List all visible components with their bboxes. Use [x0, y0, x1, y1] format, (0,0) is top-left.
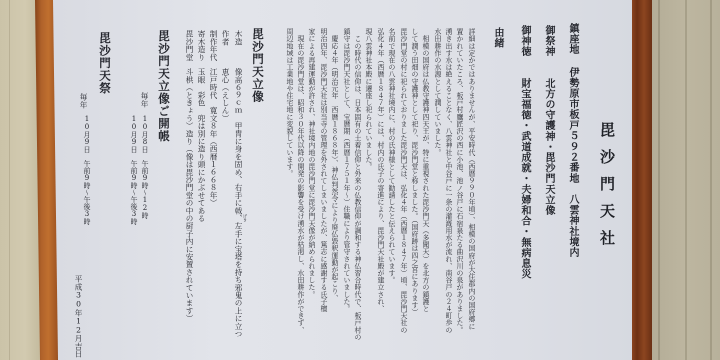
statue-row-value: 江戸時代 寛文８年（西暦１６６８年） [209, 68, 218, 207]
statue-row-value: 像高６９ｃｍ 甲冑に身を固め、右手に戟、左手に宝塔を持ち邪鬼の上に立つ [234, 68, 243, 338]
statue-row-label: 毘沙門堂 [185, 30, 194, 61]
history-line: 家による再建運動が許され、神社境内地の毘沙門堂に毘沙門天像が納められました。 [306, 28, 315, 298]
statue-row-label: 作者 [221, 30, 230, 45]
statue-row-value: 恵心（えしん） [221, 68, 230, 122]
kaicho-every-year: 毎年 [140, 92, 149, 107]
wall-right [652, 0, 720, 360]
history-line: 現在の毘沙門堂は、昭和３０年代以降の開発の影響を受け湧水が枯渇し、水田耕作ができ… [295, 28, 304, 333]
statue-row-label: 木造 [234, 30, 243, 45]
history-line: 湧き出す水は絶えることなく、八雲神社と中谷戸に一条の灌漑用水が流れ、南谷戸の２４… [443, 28, 452, 333]
history-line: この時代の信仰は、日本固有の土着信仰と外来の仏教信仰が調和する神仏習合時代で、板… [352, 28, 361, 340]
info-value-location: 伊勢原市板戸５９２番地 八雲神社境内 [566, 67, 578, 258]
festival-date: 10月9日 午前9時～午後3時 [82, 115, 91, 225]
statue-heading: 毘沙門天立像 [251, 28, 265, 103]
history-line: 名前で現在の八雲神社境内に、村の氏神様として勧請したと伝えられています。 [386, 28, 395, 284]
statue-row-label: 寄木造り [197, 30, 206, 61]
info-value-virtue: 財宝福徳・武道成就・夫婦和合・無病息災 [518, 78, 530, 279]
info-label-virtue: 御神徳 [518, 25, 530, 57]
history-line: 水田耕作の水源として潤していました。 [432, 28, 441, 156]
history-line: 鎮守は毘沙門天社として、宝暦期（西暦１７５１年～）住職により管守されていました。 [341, 28, 350, 312]
history-line: 弘化４年（西暦１８４７年）には、村内の氏子の寄進により、毘沙門天社殿が建立され、 [375, 28, 384, 312]
statue-ruby: げき [243, 214, 248, 222]
history-line: 慶応４年（明治元年 西暦１８６８年）、神仏判然令により廃仏毀釈運動が起こり、 [329, 28, 338, 301]
sign-date: 平成30年12月吉日 [74, 275, 83, 358]
history-line: 置かれていたころ、板戸村鷹匠沢の西に小池、池ノ谷戸に石宿泉たる曲沢川の泉がありま… [454, 28, 463, 333]
wooden-frame-right [632, 0, 652, 360]
kaicho-date: 10月8日 午前9時～12時 [140, 115, 149, 219]
info-label-location: 鎮座地 [566, 23, 578, 55]
info-label-deity: 御祭神 [542, 25, 554, 57]
kaicho-date: 10月9日 午前9時～午後3時 [129, 115, 138, 225]
kaicho-heading: 毘沙門天立像ご開帳 [157, 30, 171, 143]
festival-every-year: 毎年 [79, 93, 88, 108]
info-value-deity: 北方の守護神・毘沙門天立像 [542, 78, 554, 216]
history-line: 毘沙門堂の村に祀られておりました毘沙門天は、弘化４年（西暦１８４７年）頃、毘沙門… [398, 28, 407, 333]
wall-left [0, 0, 42, 360]
history-line: 詳細は定かではありませんが、平安時代（西暦９９０年頃）、相模の国府が大住郡内の国… [466, 28, 475, 330]
history-line: 周辺地域は工業地や住宅地に変貌しています。 [284, 28, 293, 177]
statue-row-value: 斗栱（ときょう）造り（像は毘沙門堂の中の厨子内に安置されています） [185, 68, 194, 322]
history-line: 相模の国府は仏教守護神四天王が、特に重視された毘沙門天（多聞天）を北方の鎮護と [420, 28, 429, 312]
wall-seam [9, 0, 10, 360]
festival-heading: 毘沙門天祭 [98, 32, 112, 95]
sign-title: 毘沙門天社 [598, 122, 616, 257]
history-line: 現八雲神社本殿に遷座し祀られていました。 [363, 28, 372, 170]
history-line: して潤う田畑の守護神として祀り、毘沙門堂と称しました。（国府跡は四之宮にあります… [409, 28, 418, 316]
statue-row-label: 制作年代 [209, 30, 218, 61]
statue-row-value: 玉眼 彩色 兜は別に造り頭にかぶせてある [197, 68, 206, 222]
history-heading: 由緒 [491, 27, 503, 48]
history-line: 明治四年、毘沙門天社は別当寺の管理を外されてしまいましたが、篤志に感謝する氏子檀 [318, 28, 327, 312]
